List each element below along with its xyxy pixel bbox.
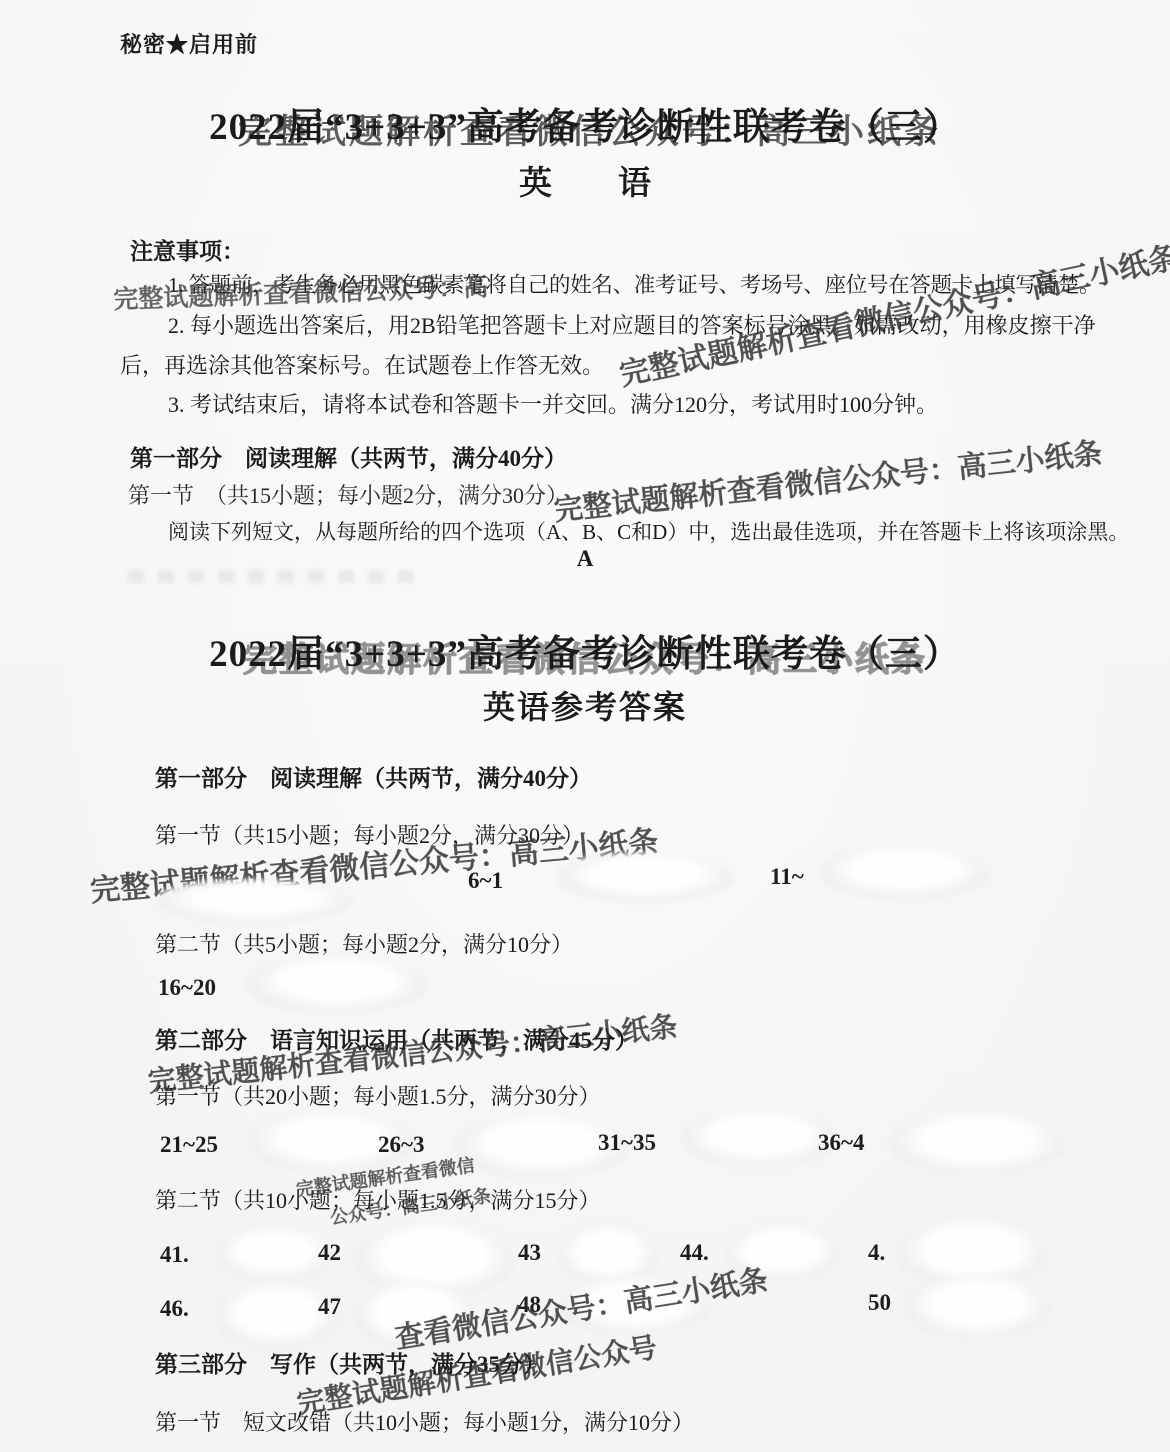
whiteout-smudge-q41: [215, 1228, 335, 1280]
reading-instruction: 阅读下列短文，从每题所给的四个选项（A、B、C和D）中，选出最佳选项，并在答题卡…: [168, 516, 1129, 546]
whiteout-smudge-q31: [682, 1110, 837, 1166]
whiteout-smudge-q6: [558, 853, 733, 901]
whiteout-smudge-q43: [558, 1226, 658, 1284]
answer-label-6-10: 6~1: [468, 868, 503, 894]
whiteout-smudge-q11: [820, 846, 990, 898]
exam-paper-scan: 秘密★启用前 2022届“3+3+3”高考备考诊断性联考卷（三） 完整试题解析查…: [0, 0, 1170, 1452]
faded-illegible-text: [128, 570, 418, 583]
part1-section1: 第一节 （共15小题；每小题2分，满分30分）: [128, 479, 568, 510]
whiteout-smudge-q36: [890, 1112, 1065, 1174]
answer-label-50: 50: [868, 1290, 891, 1316]
ak-part1-section2: 第二节（共5小题；每小题2分，满分10分）: [155, 928, 573, 959]
answer-label-46: 46.: [160, 1296, 189, 1322]
ak-part2-section1: 第一节（共20小题；每小题1.5分，满分30分）: [155, 1080, 601, 1111]
answer-label-45: 4.: [868, 1240, 885, 1266]
whiteout-smudge-q16: [248, 956, 428, 1012]
answer-label-26-30: 26~3: [378, 1132, 424, 1158]
answer-label-41: 41.: [160, 1242, 189, 1268]
exam-subject: 英 语: [0, 157, 1170, 204]
answer-label-42: 42: [318, 1240, 341, 1266]
watermark-over-section1: 完整试题解析查看微信公众号：高三小纸条: [552, 431, 1104, 529]
passage-label-a: A: [0, 546, 1170, 572]
whiteout-smudge-q50: [905, 1276, 1050, 1338]
answer-label-31-35: 31~35: [598, 1130, 656, 1156]
answer-label-36-40: 36~4: [818, 1130, 864, 1156]
answer-label-16-20: 16~20: [158, 975, 216, 1001]
answer-key-title: 2022届“3+3+3”高考备考诊断性联考卷（三）: [0, 623, 1170, 677]
answer-label-21-25: 21~25: [160, 1132, 218, 1158]
notice-item-3: 3. 考试结束后，请将本试卷和答题卡一并交回。满分120分，考试用时100分钟。: [168, 388, 938, 419]
answer-label-47: 47: [318, 1294, 341, 1320]
answer-label-11-15: 11~: [770, 864, 804, 890]
answer-label-44: 44.: [680, 1240, 709, 1266]
answer-label-43: 43: [518, 1240, 541, 1266]
whiteout-smudge-q1: [158, 880, 353, 922]
answer-key-subtitle: 英语参考答案: [0, 682, 1170, 728]
classification-label: 秘密★启用前: [120, 28, 258, 59]
watermark-over-title: 完整试题解析查看微信公众号：高三小纸条: [238, 104, 941, 153]
part1-heading: 第一部分 阅读理解（共两节，满分40分）: [130, 440, 567, 473]
ak-part1-heading: 第一部分 阅读理解（共两节，满分40分）: [155, 760, 592, 793]
ak-part3-section1: 第一节 短文改错（共10小题；每小题1分，满分10分）: [155, 1406, 694, 1437]
notice-heading: 注意事项：: [130, 233, 245, 266]
